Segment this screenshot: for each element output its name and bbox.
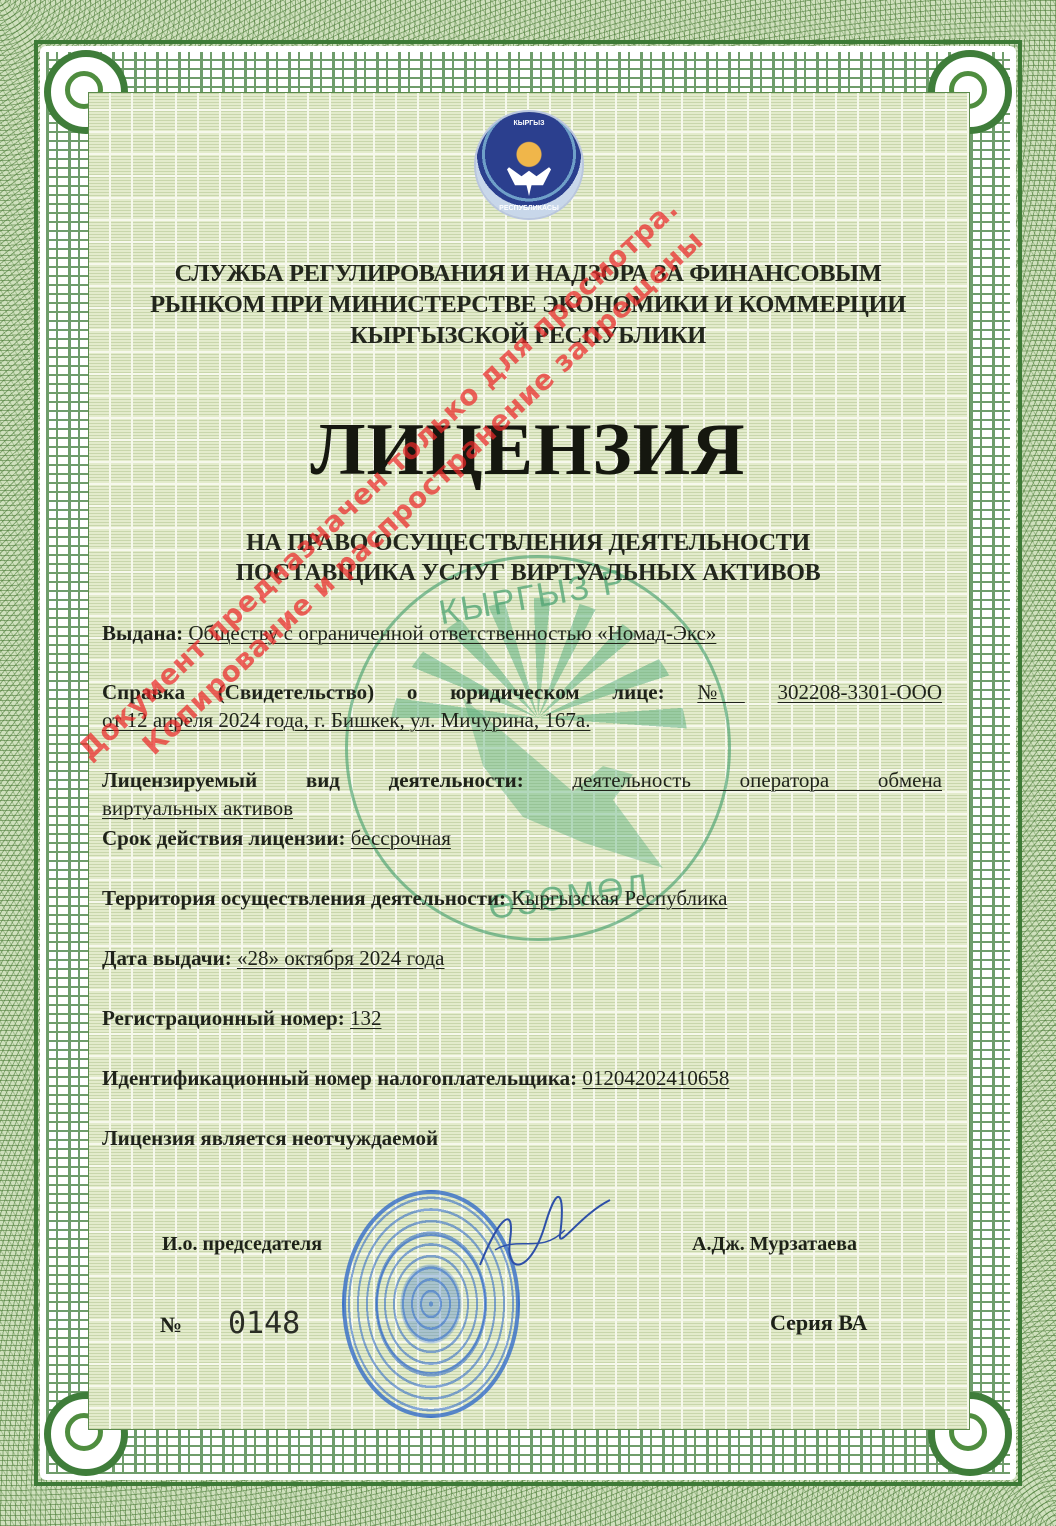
document-subtitle: НА ПРАВО ОСУЩЕСТВЛЕНИЯ ДЕЯТЕЛЬНОСТИ ПОСТ…: [100, 528, 956, 588]
blank-number-label: №: [160, 1312, 182, 1338]
subtitle-line: НА ПРАВО ОСУЩЕСТВЛЕНИЯ ДЕЯТЕЛЬНОСТИ: [100, 528, 956, 558]
field-value: виртуальных активов: [102, 796, 293, 820]
field-value: Обществу с ограниченной ответственностью…: [188, 621, 716, 645]
signatory-role: И.о. председателя: [162, 1233, 322, 1256]
field-value: бессрочная: [351, 826, 451, 850]
authority-line: РЫНКОМ ПРИ МИНИСТЕРСТВЕ ЭКОНОМИКИ И КОММ…: [100, 289, 956, 320]
field-label: Дата выдачи:: [102, 946, 232, 970]
signature-icon: [470, 1195, 620, 1285]
field-issue-date: Дата выдачи: «28» октября 2024 года: [102, 944, 942, 972]
field-label: Срок действия лицензии:: [102, 826, 345, 850]
issuing-authority: СЛУЖБА РЕГУЛИРОВАНИЯ И НАДЗОРА ЗА ФИНАНС…: [100, 258, 956, 351]
emblem-top-text: КЫРГЫЗ: [476, 120, 582, 127]
inalienable-note: Лицензия является неотчуждаемой: [102, 1124, 942, 1152]
authority-line: СЛУЖБА РЕГУЛИРОВАНИЯ И НАДЗОРА ЗА ФИНАНС…: [100, 258, 956, 289]
signatory-name: А.Дж. Мурзатаева: [692, 1233, 857, 1256]
eagle-icon: [504, 160, 554, 196]
field-value: 302208-3301-ООО: [778, 680, 942, 704]
document-title: ЛИЦЕНЗИЯ: [100, 408, 956, 492]
field-label: Территория осуществления деятельности:: [102, 886, 506, 910]
field-activity: Лицензируемый вид деятельности: деятельн…: [102, 766, 942, 794]
field-label: Выдана:: [102, 621, 183, 645]
field-value: деятельность оператора обмена: [572, 768, 942, 792]
field-label: Регистрационный номер:: [102, 1006, 345, 1030]
field-term: Срок действия лицензии: бессрочная: [102, 824, 942, 852]
state-emblem-icon: КЫРГЫЗ РЕСПУБЛИКАСЫ: [476, 112, 582, 218]
number-sign: №: [697, 680, 745, 704]
field-taxpayer-id: Идентификационный номер налогоплательщик…: [102, 1064, 942, 1092]
blank-number: 0148: [228, 1306, 300, 1341]
blank-series: Серия ВА: [770, 1310, 867, 1336]
field-certificate: Справка (Свидетельство) о юридическом ли…: [102, 678, 942, 706]
field-territory: Территория осуществления деятельности: К…: [102, 884, 942, 912]
field-certificate-details: от 12 апреля 2024 года, г. Бишкек, ул. М…: [102, 706, 942, 734]
field-value: от 12 апреля 2024 года, г. Бишкек, ул. М…: [102, 708, 590, 732]
field-activity-continued: виртуальных активов: [102, 794, 942, 822]
field-label: Лицензируемый вид деятельности:: [102, 768, 524, 792]
field-label: Идентификационный номер налогоплательщик…: [102, 1066, 577, 1090]
field-registration-number: Регистрационный номер: 132: [102, 1004, 942, 1032]
subtitle-line: ПОСТАВЩИКА УСЛУГ ВИРТУАЛЬНЫХ АКТИВОВ: [100, 558, 956, 588]
field-value: «28» октября 2024 года: [237, 946, 445, 970]
field-value: 132: [350, 1006, 382, 1030]
field-issued-to: Выдана: Обществу с ограниченной ответств…: [102, 619, 942, 647]
field-value: Кыргызская Республика: [511, 886, 727, 910]
field-value: 01204202410658: [582, 1066, 729, 1090]
field-label: Справка (Свидетельство) о юридическом ли…: [102, 680, 665, 704]
authority-line: КЫРГЫЗСКОЙ РЕСПУБЛИКИ: [100, 320, 956, 351]
emblem-bottom-text: РЕСПУБЛИКАСЫ: [476, 205, 582, 212]
